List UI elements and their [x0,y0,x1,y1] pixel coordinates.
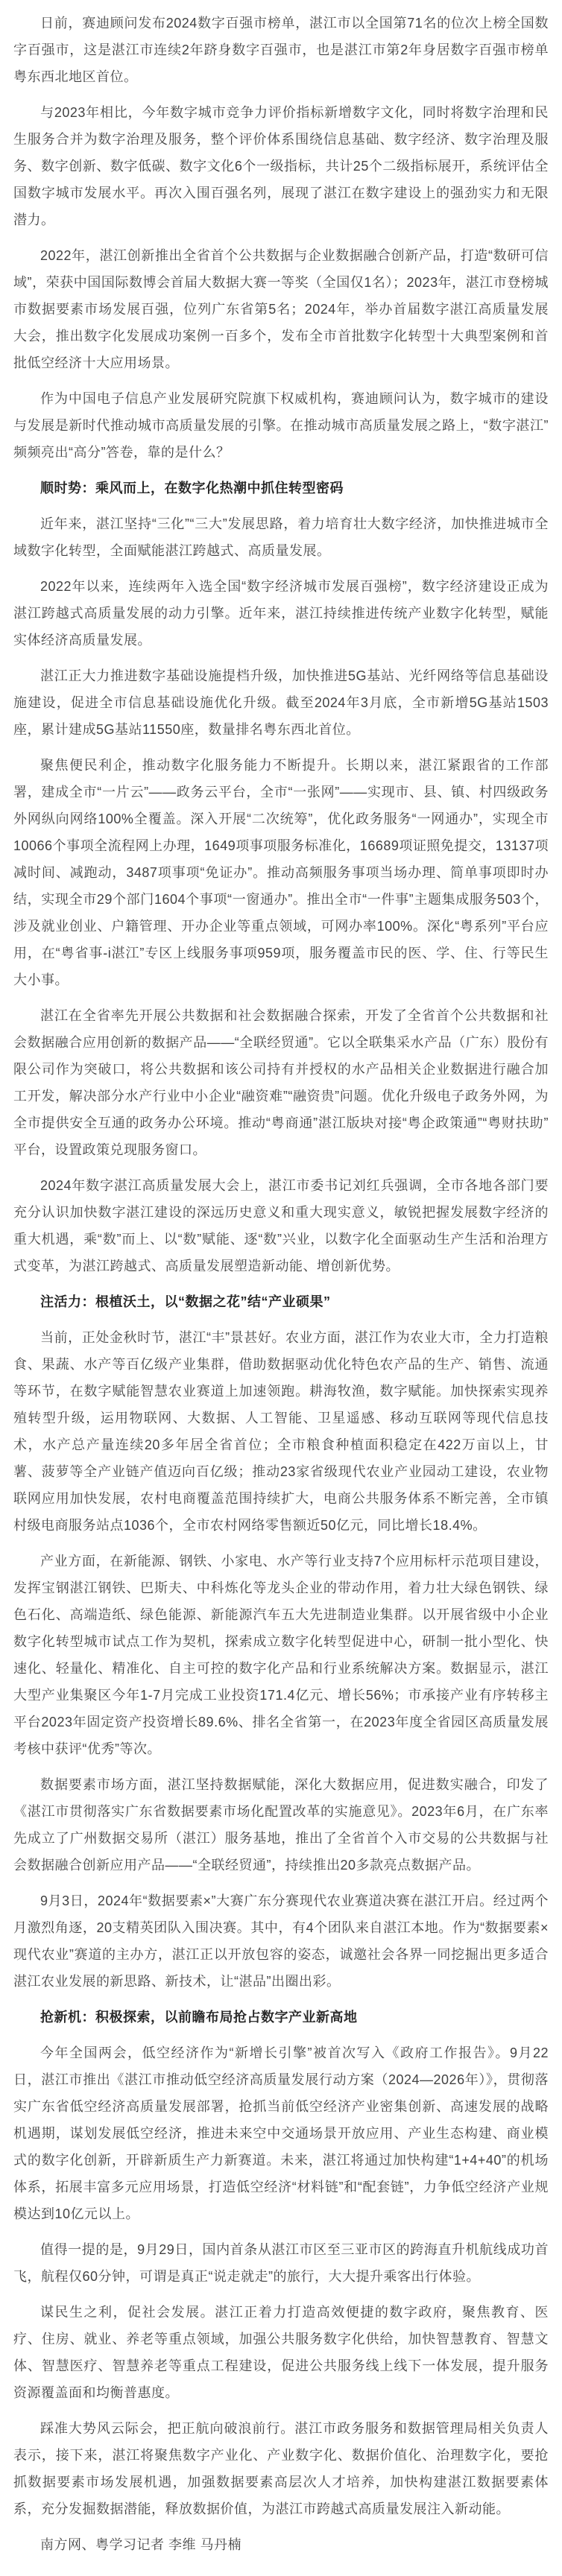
paragraph: 日前，赛迪顾问发布2024数字百强市榜单，湛江市以全国第71名的位次上榜全国数字… [13,10,549,90]
byline: 南方网、粤学习记者 李维 马丹楠 [13,2531,549,2558]
paragraph: 谋民生之利，促社会发展。湛江正着力打造高效便捷的数字政府，聚焦教育、医疗、住房、… [13,2299,549,2406]
paragraph: 与2023年相比，今年数字城市竞争力评价指标新增数字文化，同时将数字治理和民生服… [13,99,549,233]
section-heading: 抢新机：积极探索，以前瞻布局抢占数字产业新高地 [13,2004,549,2031]
paragraph: 湛江正大力推进数字基础设施提档升级，加快推进5G基站、光纤网络等信息基础设施建设… [13,662,549,743]
paragraph: 2024年数字湛江高质量发展大会上，湛江市委书记刘红兵强调，全市各地各部门要充分… [13,1172,549,1279]
paragraph: 数据要素市场方面，湛江坚持数据赋能，深化大数据应用，促进数实融合，印发了《湛江市… [13,1771,549,1879]
paragraph: 值得一提的是，9月29日，国内首条从湛江市区至三亚市区的跨海直升机航线成功首飞，… [13,2236,549,2290]
paragraph: 湛江在全省率先开展公共数据和社会数据融合探索，开发了全省首个公共数据和社会数据融… [13,1002,549,1163]
paragraph: 产业方面，在新能源、钢铁、小家电、水产等行业支持7个应用标杆示范项目建设，发挥宝… [13,1548,549,1762]
section-heading: 顺时势：乘风而上，在数字化热潮中抓住转型密码 [13,475,549,501]
paragraph: 2022年，湛江创新推出全省首个公共数据与企业数据融合创新产品，打造“数研可信域… [13,242,549,376]
paragraph: 作为中国电子信息产业发展研究院旗下权威机构，赛迪顾问认为，数字城市的建设与发展是… [13,385,549,466]
paragraph: 当前，正处金秋时节，湛江“丰”景甚好。农业方面，湛江作为农业大市，全力打造粮食、… [13,1324,549,1539]
paragraph: 聚焦便民利企，推动数字化服务能力不断提升。长期以来，湛江紧跟省的工作部署，建成全… [13,752,549,993]
paragraph: 近年来，湛江坚持“三化”“三大”发展思路，着力培育壮大数字经济，加快推进城市全域… [13,510,549,564]
paragraph: 踩准大势风云际会，把正航向破浪前行。湛江市政务服务和数据管理局相关负责人表示，接… [13,2415,549,2522]
paragraph: 今年全国两会，低空经济作为“新增长引擎”被首次写入《政府工作报告》。9月22日，… [13,2039,549,2227]
section-heading: 注活力：根植沃土，以“数据之花”结“产业硕果” [13,1288,549,1315]
paragraph: 2022年以来，连续两年入选全国“数字经济城市发展百强榜”，数字经济建设正成为湛… [13,573,549,654]
article-body: 日前，赛迪顾问发布2024数字百强市榜单，湛江市以全国第71名的位次上榜全国数字… [0,0,562,2576]
paragraph: 9月3日，2024年“数据要素×”大赛广东分赛现代农业赛道决赛在湛江开启。经过两… [13,1887,549,1995]
